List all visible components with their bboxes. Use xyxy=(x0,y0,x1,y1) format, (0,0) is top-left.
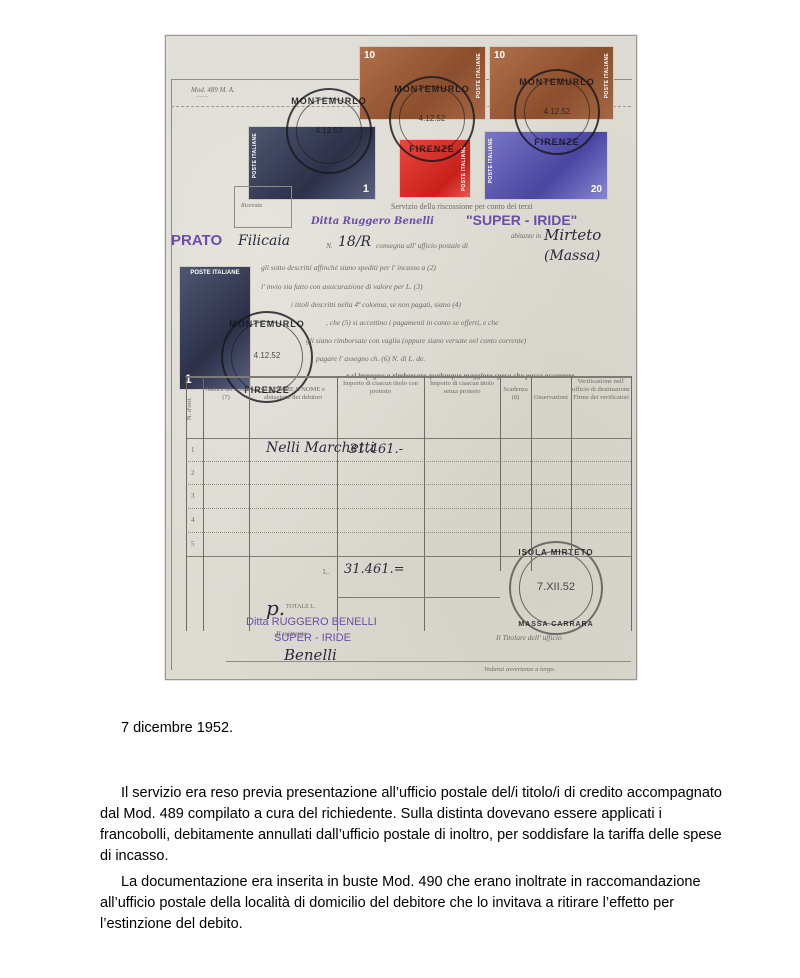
form-line: consegna all' ufficio postale di xyxy=(376,241,468,250)
col-header: COGNOME E NOME e abitazione dei debitori xyxy=(249,386,337,402)
handwritten-number: 18/R xyxy=(338,234,371,250)
titles-table: N. d'ord. Natura dei titoli (7) COGNOME … xyxy=(186,376,631,631)
paragraph-2: La documentazione era inserita in buste … xyxy=(100,872,725,935)
stamp-country: POSTE ITALIANE xyxy=(488,138,494,183)
postmark-montemurlo-2: MONTEMURLO 4.12.52 FIRENZE xyxy=(389,76,475,162)
city-stamp: PRATO xyxy=(171,232,222,249)
form-subcode: .......... xyxy=(196,94,209,99)
form-line: pagare l' assegno ch. (6) N. di L. de. xyxy=(316,354,425,363)
amount-with-protest: 31.461.- xyxy=(349,442,403,457)
stamp-country: POSTE ITALIANE xyxy=(252,133,258,178)
handwritten-destination-2: (Massa) xyxy=(544,248,600,264)
form-line: N. xyxy=(326,241,333,250)
handwritten-destination: Mirteto xyxy=(544,226,601,244)
col-header: N. d'ord. xyxy=(186,394,203,424)
sender-stamp-2: SUPER - IRIDE xyxy=(274,632,351,644)
form-line: i titoli descritti nella 4ª colonna, se … xyxy=(291,300,461,309)
handwritten-street: Filicaia xyxy=(238,233,290,249)
stamp-value: 1 xyxy=(363,183,369,195)
col-header: Scadenza (8) xyxy=(500,386,531,402)
service-title: Servizio della riscossione per conto dei… xyxy=(391,202,533,211)
paragraph-1: Il servizio era reso previa presentazion… xyxy=(100,783,725,867)
col-header: Natura dei titoli (7) xyxy=(203,386,249,402)
sender-stamp: Ditta RUGGERO BENELLI xyxy=(246,616,377,628)
total-amount: 31.461.= xyxy=(344,562,405,577)
stamp-value: 10 xyxy=(494,50,505,61)
col-header: Importo di ciascun titolo senza protesto xyxy=(424,380,500,396)
stamp-country: POSTE ITALIANE xyxy=(180,270,250,276)
postmark-montemurlo-1: MONTEMURLO 4.12.52 xyxy=(286,88,372,174)
stamp-country: POSTE ITALIANE xyxy=(604,53,610,98)
form-line: l' invio sia fatto con assicurazione di … xyxy=(261,282,423,291)
back-note: Vedansi avvertenze a tergo. xyxy=(484,666,555,673)
receipt-box: Ricevuta xyxy=(234,186,292,228)
col-header: Osservazioni xyxy=(531,394,571,402)
company-stamp: Ditta Ruggero Benelli xyxy=(311,216,434,227)
col-header: Importo di ciascun titolo con protesto xyxy=(337,380,424,396)
col-header: Verificazione nell' ufficio di destinazi… xyxy=(571,378,631,402)
office-label: Il Titolare dell' ufficio xyxy=(496,633,562,642)
form-line: abitante in xyxy=(511,232,541,240)
image-caption: 7 dicembre 1952. xyxy=(121,720,233,736)
form-line: gli siano rimborsate con vaglia (oppure … xyxy=(306,336,526,345)
postmark-montemurlo-3: MONTEMURLO 4.12.52 FIRENZE xyxy=(514,69,600,155)
form-code: Mod. 489 M. A. xyxy=(191,86,235,94)
stamp-value: 20 xyxy=(591,184,602,195)
stamp-country: POSTE ITALIANE xyxy=(476,53,482,98)
scanned-postal-form: Mod. 489 M. A. .......... POSTE ITALIANE… xyxy=(165,35,637,680)
form-line: , che (5) si accettino i pagamenti in co… xyxy=(326,318,498,327)
stamp-value: 10 xyxy=(364,50,375,61)
form-line: gli sotto descritti affinché siano spedi… xyxy=(261,263,436,272)
